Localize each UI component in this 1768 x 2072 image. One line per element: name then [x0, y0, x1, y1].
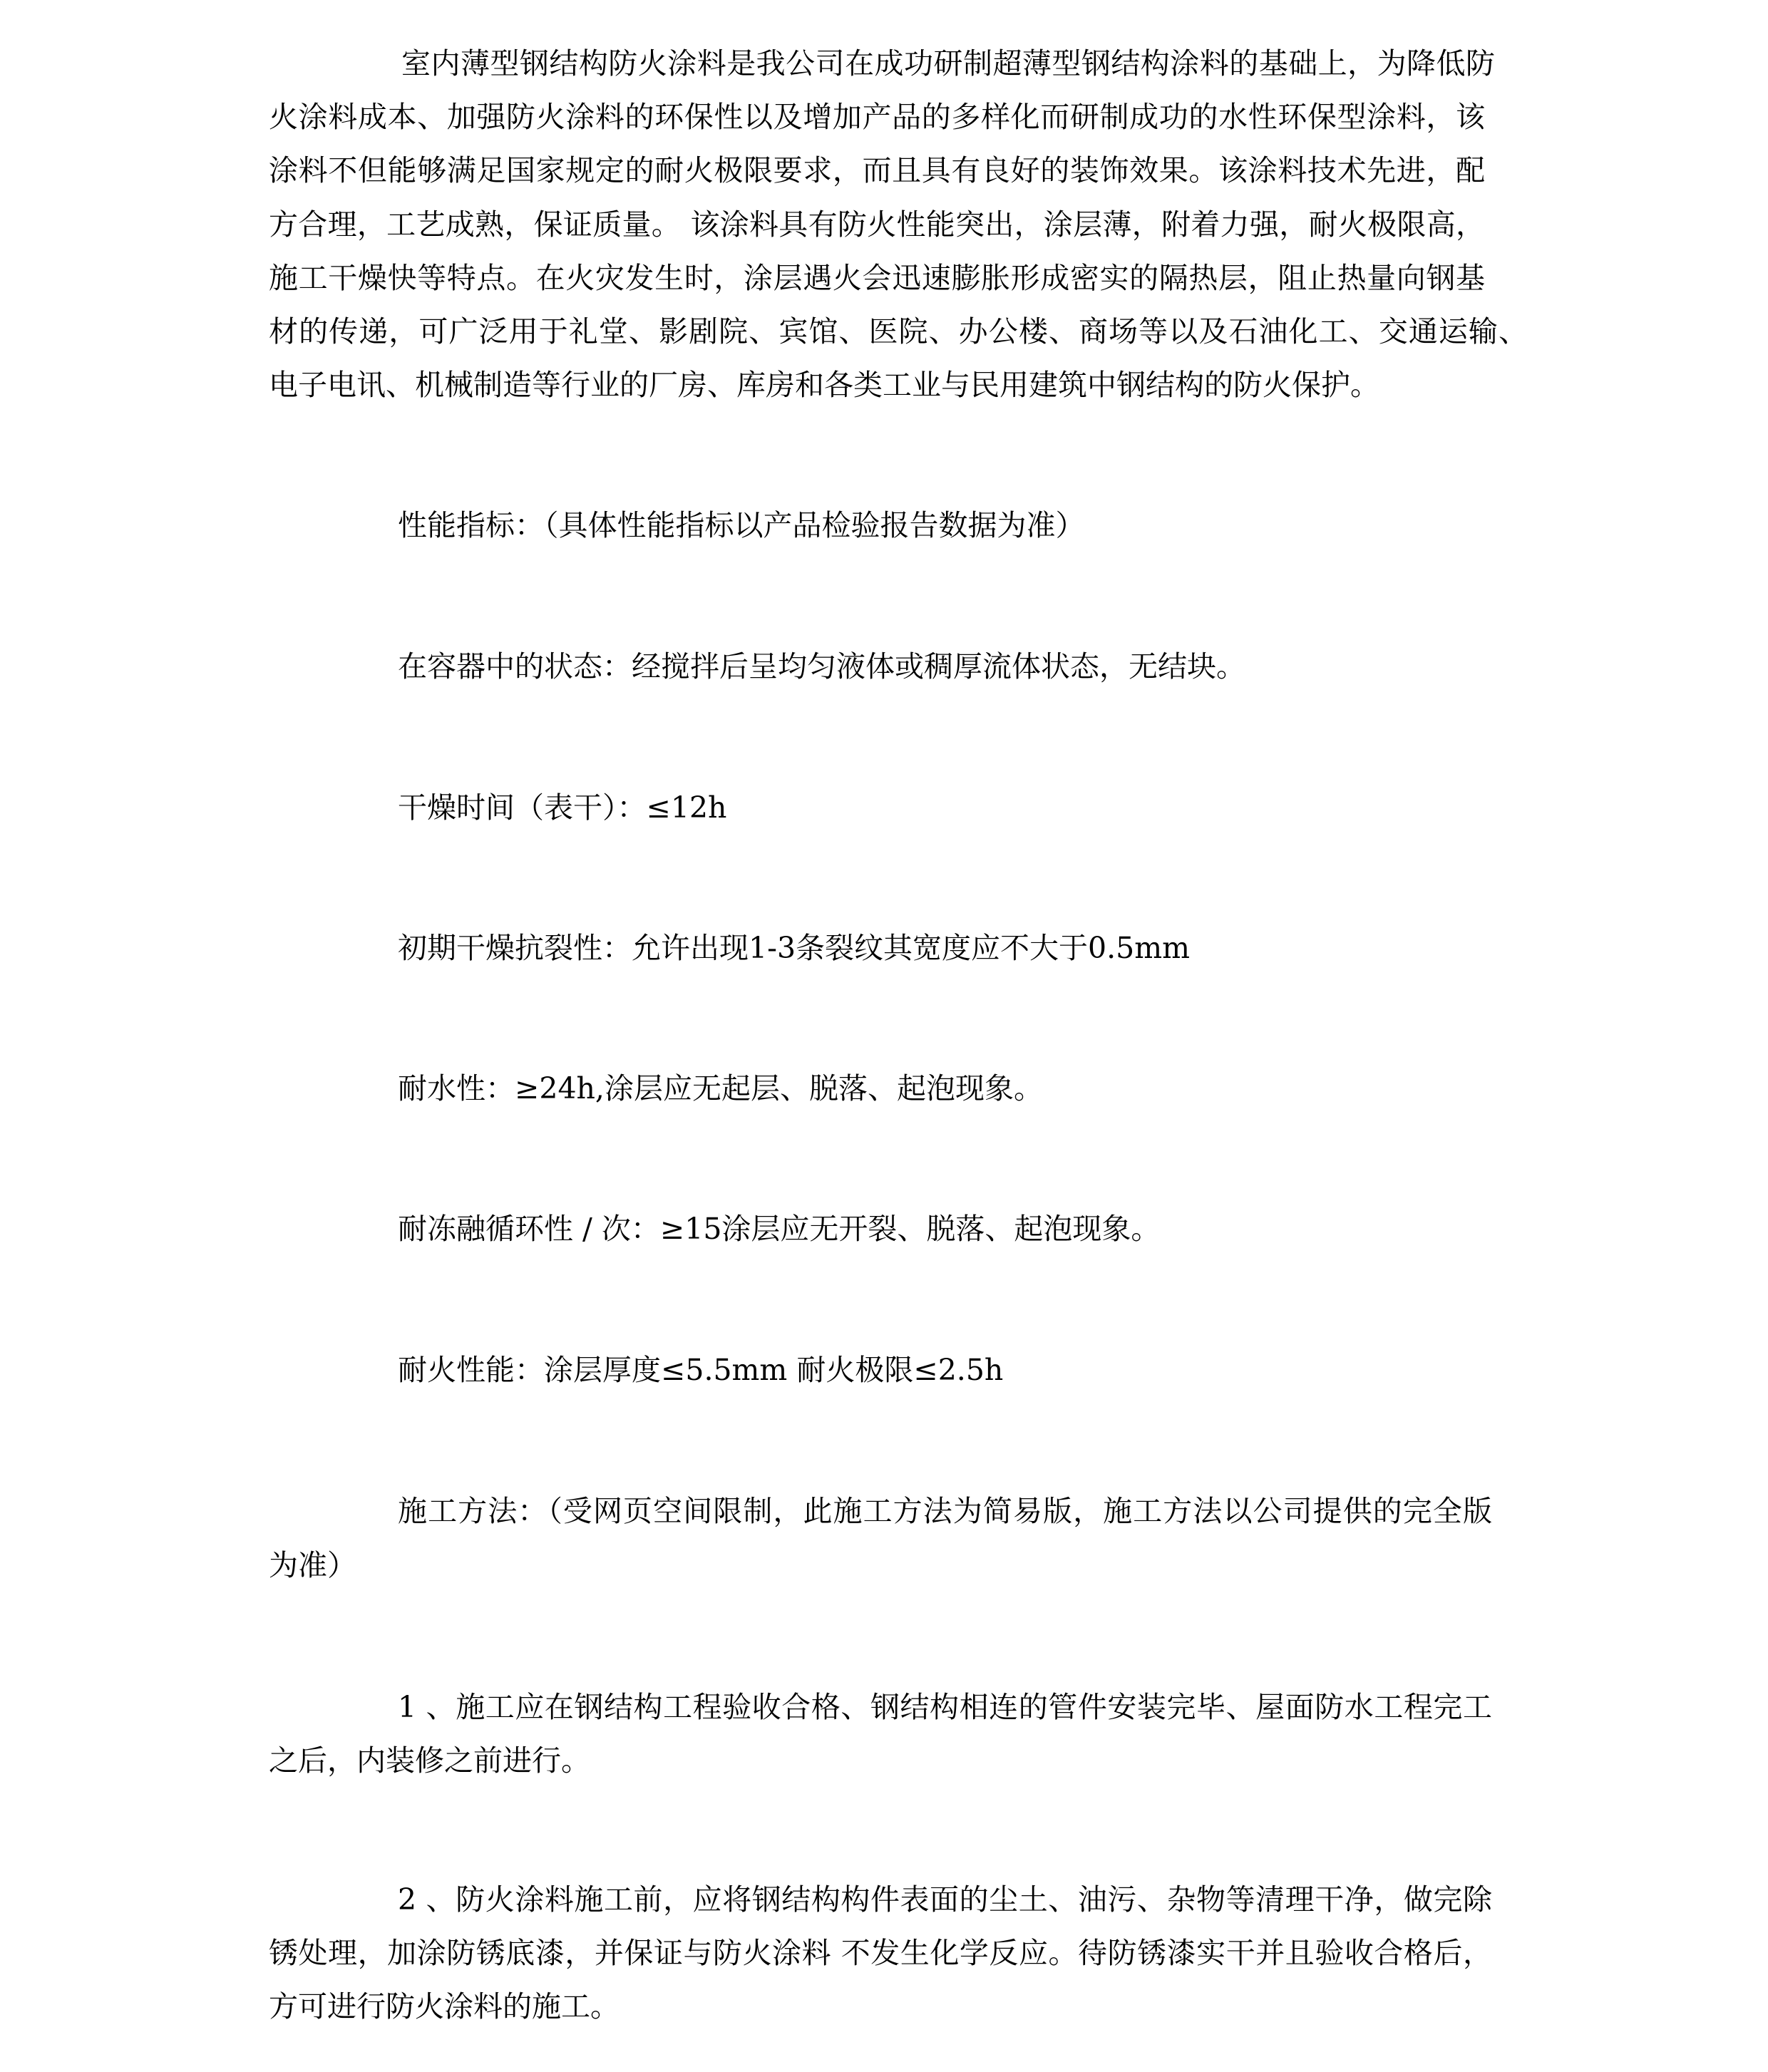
spec-label: 在容器中的状态： [398, 649, 632, 684]
spec-label: 耐冻融循环性 / 次： [398, 1212, 660, 1246]
spec-item-container-state: 在容器中的状态：经搅拌后呈均匀液体或稠厚流体状态，无结块。 [398, 648, 1245, 685]
spec-label: 初期干燥抗裂性： [398, 931, 632, 965]
spec-heading: 性能指标：（具体性能指标以产品检验报告数据为准） [398, 507, 1085, 544]
spec-item-drying-time: 干燥时间（表干）：≤12h [398, 789, 726, 826]
spec-value: ≥15涂层应无开裂、脱落、起泡现象。 [660, 1212, 1161, 1246]
spec-value: ≤12h [647, 790, 727, 825]
step-line: 锈处理，加涂防锈底漆，并保证与防火涂料 不发生化学反应。待防锈漆实干并且验收合格… [269, 1934, 1492, 1972]
intro-line: 室内薄型钢结构防火涂料是我公司在成功研制超薄型钢结构涂料的基础上，为降低防 [401, 45, 1495, 82]
spec-item-crack-resistance: 初期干燥抗裂性：允许出现1-3条裂纹其宽度应不大于0.5mm [398, 929, 1190, 967]
intro-line: 火涂料成本、加强防火涂料的环保性以及增加产品的多样化而研制成功的水性环保型涂料，… [269, 98, 1485, 135]
intro-line: 电子电讯、机械制造等行业的厂房、库房和各类工业与民用建筑中钢结构的防火保护。 [269, 366, 1379, 403]
spec-item-water-resistance: 耐水性：≥24h,涂层应无起层、脱落、起泡现象。 [398, 1070, 1043, 1107]
spec-label: 干燥时间（表干）： [398, 790, 647, 825]
intro-line: 方合理，工艺成熟，保证质量。 该涂料具有防火性能突出，涂层薄，附着力强，耐火极限… [269, 206, 1485, 243]
spec-label: 耐水性： [398, 1071, 515, 1105]
method-line: 施工方法：（受网页空间限制，此施工方法为简易版，施工方法以公司提供的完全版 [398, 1493, 1492, 1530]
spec-value: 允许出现1-3条裂纹其宽度应不大于0.5mm [632, 931, 1190, 965]
step-line: 1 、施工应在钢结构工程验收合格、钢结构相连的管件安装完毕、屋面防水工程完工 [398, 1689, 1492, 1726]
document-page: 室内薄型钢结构防火涂料是我公司在成功研制超薄型钢结构涂料的基础上，为降低防 火涂… [0, 0, 1768, 2072]
spec-item-freeze-thaw: 耐冻融循环性 / 次：≥15涂层应无开裂、脱落、起泡现象。 [398, 1210, 1160, 1247]
step-line: 2 、防火涂料施工前，应将钢结构构件表面的尘土、油污、杂物等清理干净，做完除 [398, 1881, 1492, 1918]
method-line: 为准） [269, 1547, 356, 1584]
spec-item-fire-resistance: 耐火性能：涂层厚度≤5.5mm 耐火极限≤2.5h [398, 1351, 1003, 1388]
intro-line: 材的传递，可广泛用于礼堂、影剧院、宾馆、医院、办公楼、商场等以及石油化工、交通运… [269, 313, 1528, 350]
intro-line: 施工干燥快等特点。在火灾发生时，涂层遇火会迅速膨胀形成密实的隔热层，阻止热量向钢… [269, 259, 1485, 297]
step-line: 方可进行防火涂料的施工。 [269, 1988, 620, 2025]
spec-value: 涂层厚度≤5.5mm 耐火极限≤2.5h [544, 1353, 1003, 1387]
intro-line: 涂料不但能够满足国家规定的耐火极限要求，而且具有良好的装饰效果。该涂料技术先进，… [269, 152, 1485, 189]
spec-label: 耐火性能： [398, 1353, 544, 1387]
spec-value: ≥24h,涂层应无起层、脱落、起泡现象。 [515, 1071, 1043, 1105]
spec-value: 经搅拌后呈均匀液体或稠厚流体状态，无结块。 [632, 649, 1245, 684]
step-line: 之后，内装修之前进行。 [269, 1742, 590, 1779]
